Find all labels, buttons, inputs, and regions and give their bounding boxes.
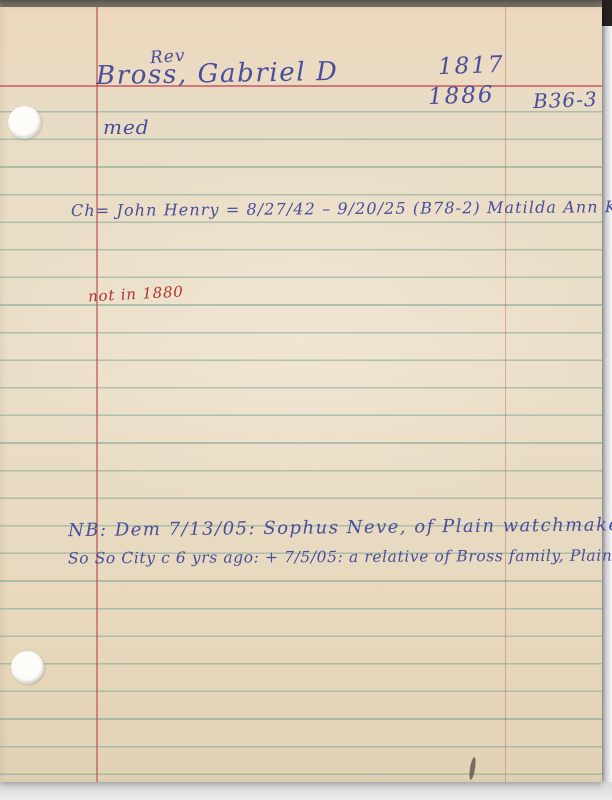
scanned-page: Rev Bross, Gabriel D 1817 1886 B36-3 med… [0,7,602,782]
scanner-dark-corner [602,0,612,26]
handwriting-birth-year: 1817 [438,52,505,80]
right-margin-line [505,7,506,782]
hole-punch-bottom [11,651,44,684]
handwriting-name: Bross, Gabriel D [96,57,339,91]
handwriting-family-line: Ch= John Henry = 8/27/42 – 9/20/25 (B78-… [71,197,612,220]
handwriting-med-note: med [103,115,150,139]
handwriting-memo-line2: So So City c 6 yrs ago: + 7/5/05: a rela… [68,547,612,568]
handwriting-file-code: B36-3 [533,87,598,113]
left-margin-line [96,7,98,782]
hole-punch-top [8,106,41,139]
scanner-background-right [602,0,612,800]
scanned-document-viewer: { "document": { "kind": "handwritten lin… [0,0,612,800]
scanner-background-bottom [0,782,612,800]
scanner-shadow-top [0,0,612,7]
handwriting-death-year: 1886 [428,82,495,110]
